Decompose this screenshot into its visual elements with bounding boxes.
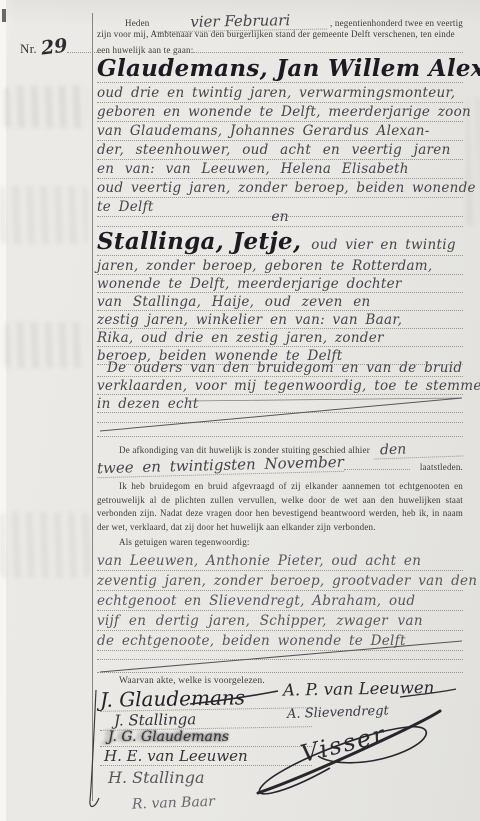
consent-line: verklaarden, voor mij tegenwoordig, toe … — [97, 377, 463, 395]
announcement-date-row: twee en twintigsten November laatstleden… — [97, 456, 463, 474]
signatures-left-column: J. Glaudemans J. Stallinga J. G. Glaudem… — [100, 686, 312, 812]
heden-label: Heden — [125, 18, 150, 28]
groom-name: Glaudemans, Jan Willem Alexander, — [97, 53, 463, 83]
bride-detail-line: jaren, zonder beroep, geboren te Rotterd… — [97, 257, 463, 275]
witness-line: zeventig jaren, zonder beroep, grootvade… — [97, 571, 463, 591]
groom-detail-line: oud drie en twintig jaren, verwarmingsmo… — [97, 84, 463, 103]
witness-details: van Leeuwen, Anthonie Pieter, oud acht e… — [97, 551, 463, 651]
groom-details: oud drie en twintig jaren, verwarmingsmo… — [97, 84, 463, 217]
groom-detail-line: der, steenhouwer, oud acht en veertig ja… — [97, 141, 463, 160]
groom-detail-line: van Glaudemans, Johannes Gerardus Alexan… — [97, 122, 463, 141]
signature-bride: J. Stallinga — [100, 708, 312, 731]
signature-witness-2: A. Slievendregt — [283, 701, 465, 722]
record-number-block: Nr. 29 — [20, 36, 101, 58]
bleed-through — [4, 86, 88, 128]
groom-detail-line: oud veertig jaren, zonder beroep, beiden… — [97, 179, 463, 198]
signature-bride-mother: R. van Baar — [100, 790, 312, 815]
bride-detail-line: zestig jaren, winkelier en van: van Baar… — [97, 311, 463, 329]
blank-rule — [97, 423, 463, 437]
declaration-paragraph: Ik heb bruidegom en bruid afgevraagd of … — [97, 480, 463, 534]
bride-detail-line: wonende te Delft, meerderjarige dochter — [97, 275, 463, 293]
signatures-right-column: A. P. van Leeuwen A. Slievendregt — [283, 679, 465, 719]
bride-detail-line: van Stallinga, Haije, oud zeven en — [97, 293, 463, 311]
bleed-through — [4, 322, 88, 368]
witness-line: vijf en dertig jaren, Schipper, zwager v… — [97, 611, 463, 631]
bleed-through — [0, 512, 90, 578]
conjunction-en: en — [97, 209, 463, 227]
announcement-suffix: laatstleden. — [420, 462, 463, 472]
form-left-border-rule — [92, 13, 93, 801]
bride-detail-line: Rika, oud drie en zestig jaren, zonder — [97, 329, 463, 347]
witness-line: echtgenoot en Slievendregt, Abraham, oud — [97, 591, 463, 611]
witness-line: van Leeuwen, Anthonie Pieter, oud acht e… — [97, 551, 463, 571]
announcement-date-handwritten: twee en twintigsten November — [97, 453, 344, 478]
blank-rule — [97, 661, 463, 673]
signature-bride-father: H. Stallinga — [100, 768, 312, 790]
record-number-label: Nr. — [20, 41, 37, 56]
bleed-through — [0, 186, 88, 244]
groom-detail-line: geboren en wonende te Delft, meerderjari… — [97, 103, 463, 122]
bride-name-row: Stallinga, Jetje, oud vier en twintig — [97, 228, 463, 256]
signature-groom-mother: H. E. van Leeuwen — [100, 747, 312, 766]
blank-rule — [344, 457, 410, 470]
scan-corner-mark — [2, 9, 6, 22]
marriage-certificate-page: Nr. 29 Heden vier Februari , negentienho… — [0, 0, 480, 821]
header-intro-line: zijn voor mij, Ambtenaar van den burgerl… — [97, 29, 463, 39]
blank-rule — [193, 43, 463, 53]
bride-name-rest: oud vier en twintig — [311, 237, 456, 253]
year-printed: , negentienhonderd twee en veertig — [330, 18, 463, 28]
record-number-value: 29 — [40, 34, 69, 59]
blank-rule — [97, 648, 463, 660]
bride-details: jaren, zonder beroep, geboren te Rotterd… — [97, 257, 463, 365]
signature-groom-father: J. G. Glaudemans — [100, 729, 312, 747]
blank-rule — [97, 409, 463, 423]
bride-name: Stallinga, Jetje, — [97, 228, 301, 256]
witnesses-intro: Als getuigen waren tegenwoordig: — [97, 537, 463, 547]
consent-line: De ouders van den bruidegom en van de br… — [97, 359, 463, 377]
parents-consent: De ouders van den bruidegom en van de br… — [97, 359, 463, 413]
signature-witness-1: A. P. van Leeuwen — [283, 677, 465, 699]
groom-detail-line: en van: van Leeuwen, Helena Elisabeth — [97, 160, 463, 179]
